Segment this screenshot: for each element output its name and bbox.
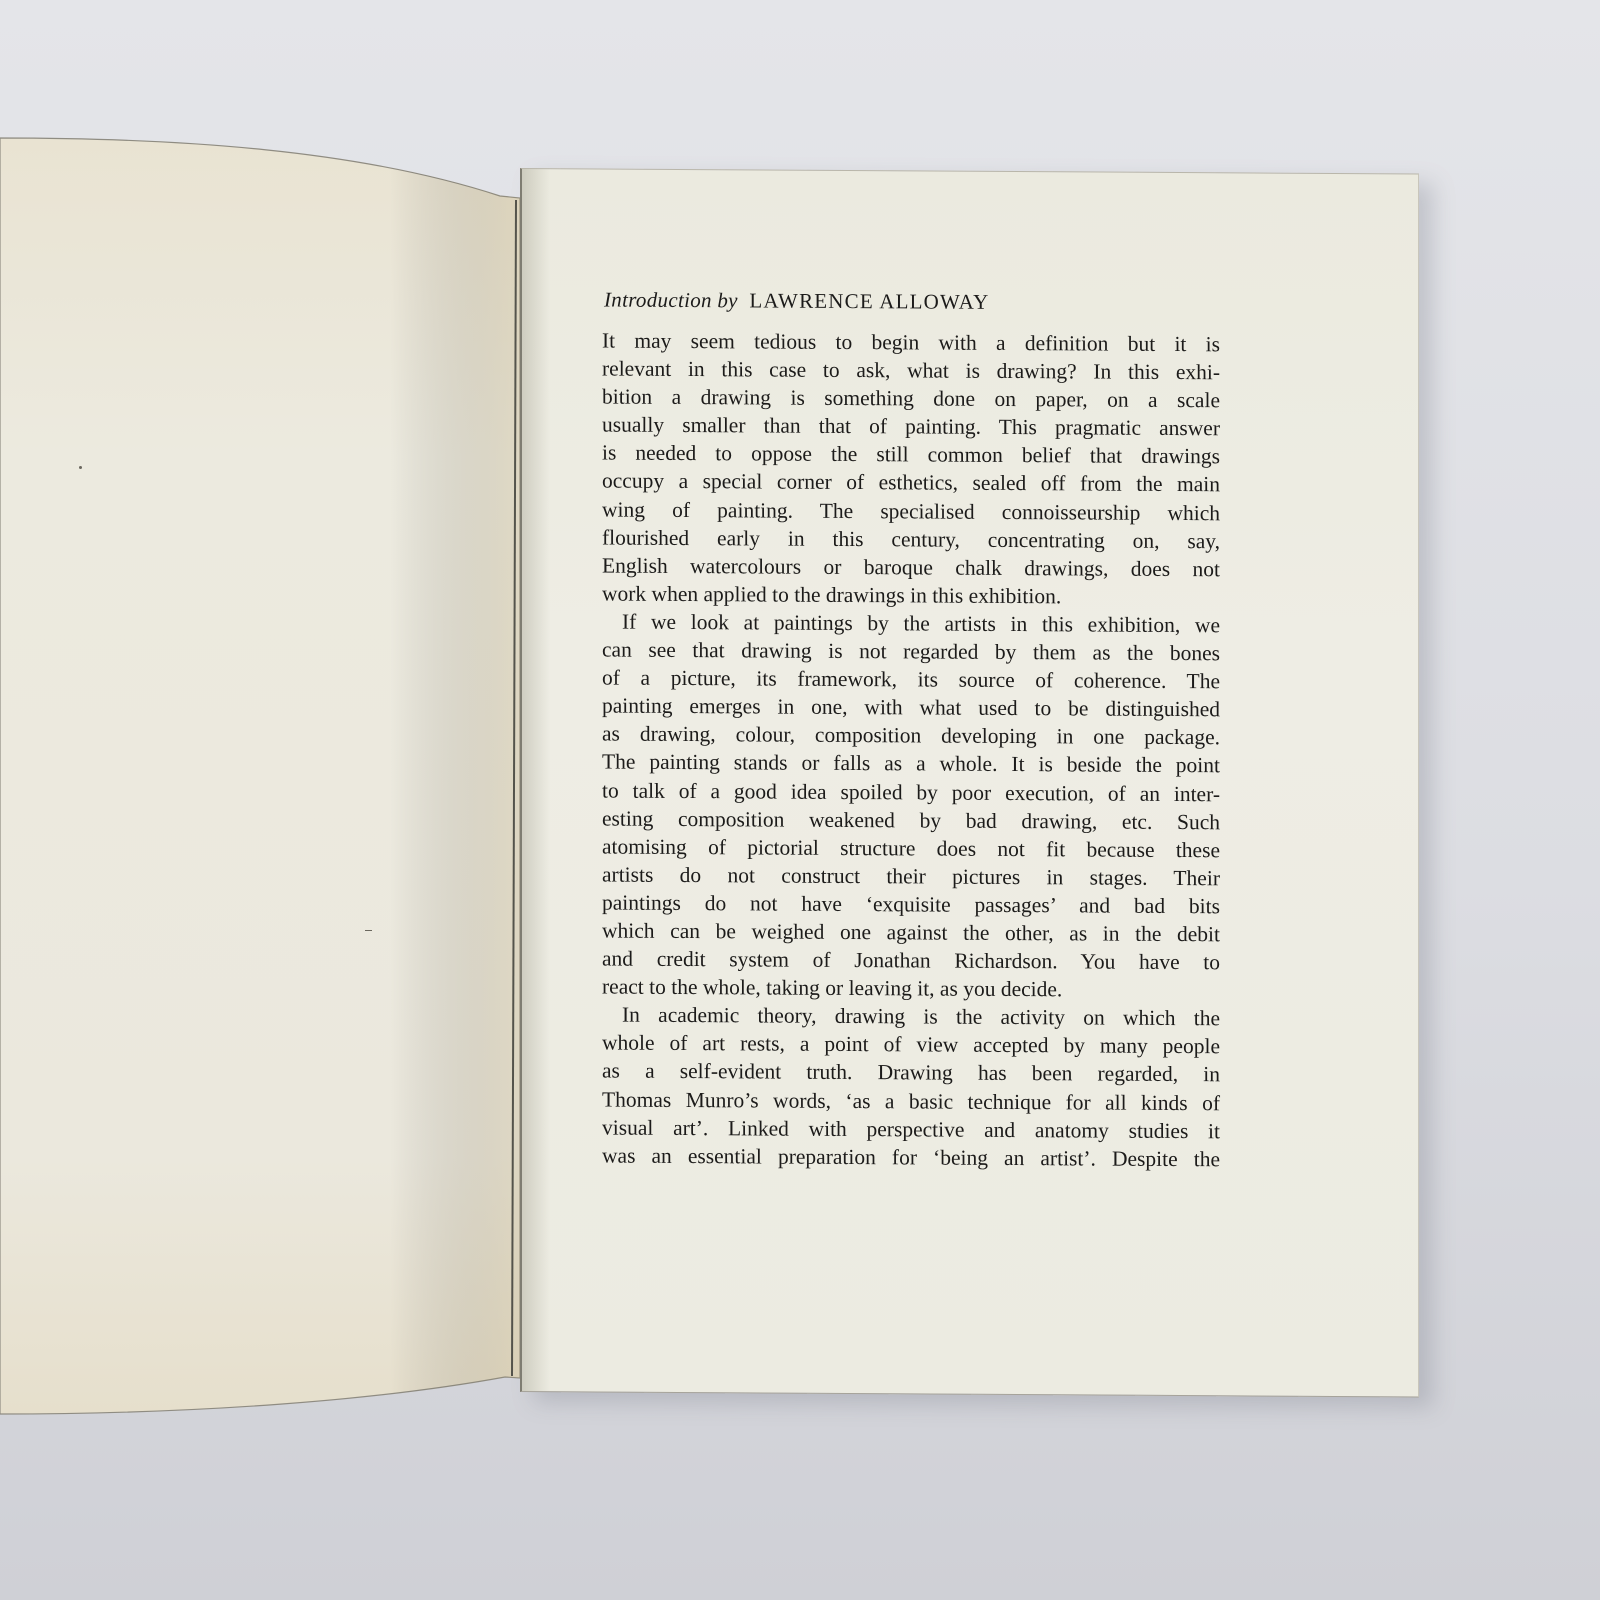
text-line: If we look at paintings by the artists i… <box>602 607 1220 639</box>
text-line: was an essential preparation for ‘being … <box>602 1141 1220 1173</box>
intro-heading: Introduction by LAWRENCE ALLOWAY <box>604 288 1220 317</box>
text-line: as a self-evident truth. Drawing has bee… <box>602 1057 1220 1089</box>
text-line: as drawing, colour, composition developi… <box>602 720 1220 752</box>
text-line: painting emerges in one, with what used … <box>602 692 1220 724</box>
text-line: work when applied to the drawings in thi… <box>602 579 1220 611</box>
text-line: paintings do not have ‘exquisite passage… <box>602 888 1220 920</box>
text-line: relevant in this case to ask, what is dr… <box>602 355 1220 387</box>
text-line: is needed to oppose the still common bel… <box>602 439 1220 471</box>
text-line: can see that drawing is not regarded by … <box>602 636 1220 668</box>
text-line: whole of art rests, a point of view acce… <box>602 1029 1220 1061</box>
text-line: react to the whole, taking or leaving it… <box>602 973 1220 1005</box>
text-line: English watercolours or baroque chalk dr… <box>602 551 1220 583</box>
text-line: usually smaller than that of painting. T… <box>602 411 1220 443</box>
paragraph-2: If we look at paintings by the artists i… <box>602 607 1220 1004</box>
text-line: wing of painting. The specialised connoi… <box>602 495 1220 527</box>
text-line: In academic theory, drawing is the activ… <box>602 1001 1220 1033</box>
text-line: artists do not construct their pictures … <box>602 860 1220 892</box>
text-line: and credit system of Jonathan Richardson… <box>602 945 1220 977</box>
text-line: Thomas Munro’s words, ‘as a basic techni… <box>602 1085 1220 1117</box>
text-line: occupy a special corner of esthetics, se… <box>602 467 1220 499</box>
paragraph-3: In academic theory, drawing is the activ… <box>602 1001 1220 1173</box>
text-line: It may seem tedious to begin with a defi… <box>602 327 1220 359</box>
text-line: of a picture, its framework, its source … <box>602 664 1220 696</box>
intro-label: Introduction by <box>604 288 738 313</box>
paper-speck <box>79 466 82 469</box>
text-line: to talk of a good idea spoiled by poor e… <box>602 776 1220 808</box>
text-line: which can be weighed one against the oth… <box>602 916 1220 948</box>
paper-speck <box>365 930 372 931</box>
text-line: bition a drawing is something done on pa… <box>602 383 1220 415</box>
paragraph-1: It may seem tedious to begin with a defi… <box>602 327 1220 612</box>
gutter-shadow <box>522 169 550 1391</box>
text-line: atomising of pictorial structure does no… <box>602 832 1220 864</box>
text-line: esting composition weakened by bad drawi… <box>602 804 1220 836</box>
text-line: visual art’. Linked with perspective and… <box>602 1113 1220 1145</box>
author-name: LAWRENCE ALLOWAY <box>749 288 989 313</box>
text-line: The painting stands or falls as a whole.… <box>602 748 1220 780</box>
booklet-photo: Introduction by LAWRENCE ALLOWAY It may … <box>0 0 1600 1600</box>
introduction-text: Introduction by LAWRENCE ALLOWAY It may … <box>602 288 1220 1174</box>
text-line: flourished early in this century, concen… <box>602 523 1220 555</box>
right-page: Introduction by LAWRENCE ALLOWAY It may … <box>520 168 1419 1397</box>
